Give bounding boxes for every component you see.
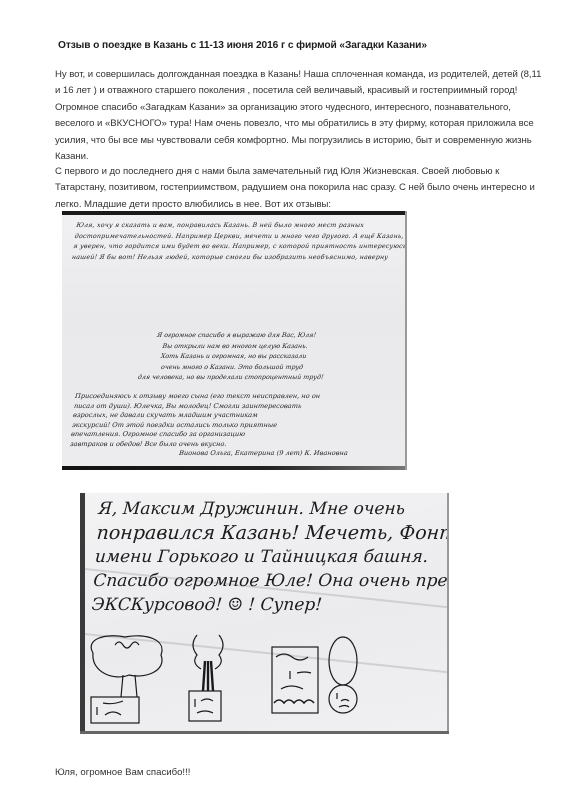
handwritten-line: экскурсий! От этой поездки остались толь…	[72, 421, 352, 431]
handwritten-block-child: Юля, хочу я сказать и вам, понравилась К…	[71, 221, 407, 263]
paragraph-line: Огромное спасибо «Загадкам Казани» за ор…	[55, 100, 525, 116]
drawings-svg	[85, 631, 447, 731]
handwritten-line: понравился Казань! Мечеть, Фонтан	[96, 521, 449, 545]
handwritten-line: для человека, но вы проделали стопроцент…	[62, 373, 403, 384]
scan-edge	[62, 211, 405, 215]
paragraph-line: Казани.	[55, 149, 525, 165]
paragraph-line: усилия, что бы все мы чувствовали себя к…	[55, 133, 525, 149]
document-title: Отзыв о поездке в Казань с 11-13 июня 20…	[58, 40, 427, 51]
guide-paragraph: С первого и до последнего дня с нами был…	[55, 164, 525, 213]
handwritten-line: имени Горького и Тайницкая башня.	[94, 545, 449, 569]
handwritten-line: Юля, хочу я сказать и вам, понравилась К…	[75, 221, 407, 232]
handwritten-line: Хоть Казань и огромная, но вы рассказали	[62, 352, 406, 363]
child-handwriting: Я, Максим Дружинин. Мне очень понравился…	[91, 497, 449, 617]
statue-trophy-drawing-icon	[189, 635, 223, 721]
handwritten-line: Присоединяюсь к отзыву моего сына (его т…	[74, 392, 354, 402]
handwritten-signature: Вионова Ольга, Екатерина (9 лет) К. Иван…	[69, 449, 349, 459]
trophy-cup-drawing-icon	[91, 636, 162, 723]
handwritten-line: Вы открыли нам во многом целую Казань.	[63, 342, 407, 353]
medal-drawing-icon	[329, 637, 357, 713]
handwritten-line: Я огромное спасибо я выражаю для Вас, Юл…	[64, 331, 407, 342]
paragraph-line: веселого и «ВКУСНОГО» тура! Нам очень по…	[55, 116, 525, 132]
handwritten-line: взрослых, не давали скучать младшим учас…	[72, 411, 352, 421]
handwritten-review-scan-2: Я, Максим Дружинин. Мне очень понравился…	[80, 493, 449, 731]
intro-paragraph: Ну вот, и совершилась долгожданная поезд…	[55, 67, 525, 165]
handwritten-line: достопримечательностей. Например Церкви,…	[74, 232, 407, 243]
child-drawings	[85, 631, 447, 731]
handwritten-line: впечатления. Огромное спасибо за организ…	[71, 430, 351, 440]
handwritten-line: ЭКСКурсовод! ☺ ! Супер!	[91, 593, 449, 617]
handwritten-review-scan-1: Юля, хочу я сказать и вам, понравилась К…	[62, 211, 407, 470]
paragraph-line: Татарстану, позитивом, гостеприимством, …	[55, 180, 525, 196]
paragraph-line: Ну вот, и совершилась долгожданная поезд…	[55, 67, 525, 83]
handwritten-line: очень много о Казани. Это большой труд	[62, 363, 404, 374]
paragraph-line: и 16 лет ) и отважного старшего поколени…	[55, 83, 525, 99]
paragraph-line: С первого и до последнего дня с нами был…	[55, 164, 525, 180]
handwritten-line: завтраков и обедов! Все было очень вкусн…	[70, 440, 350, 450]
handwritten-line: нашей! Я бы вот! Нельзя людей, которые с…	[71, 253, 407, 264]
handwritten-line: писал от души). Юлечка, Вы молодец! Смог…	[73, 402, 353, 412]
diploma-drawing-icon	[272, 647, 318, 713]
closing-thanks: Юля, огромное Вам спасибо!!!	[55, 767, 190, 778]
handwritten-block-thanks: Я огромное спасибо я выражаю для Вас, Юл…	[62, 331, 407, 384]
handwritten-block-parent: Присоединяюсь к отзыву моего сына (его т…	[69, 392, 355, 459]
handwritten-line: Спасибо огромное Юле! Она очень прекрасн	[92, 569, 449, 593]
handwritten-line: я уверен, что гордится ими будет во веки…	[73, 242, 407, 253]
handwritten-line: Я, Максим Дружинин. Мне очень	[98, 497, 449, 521]
